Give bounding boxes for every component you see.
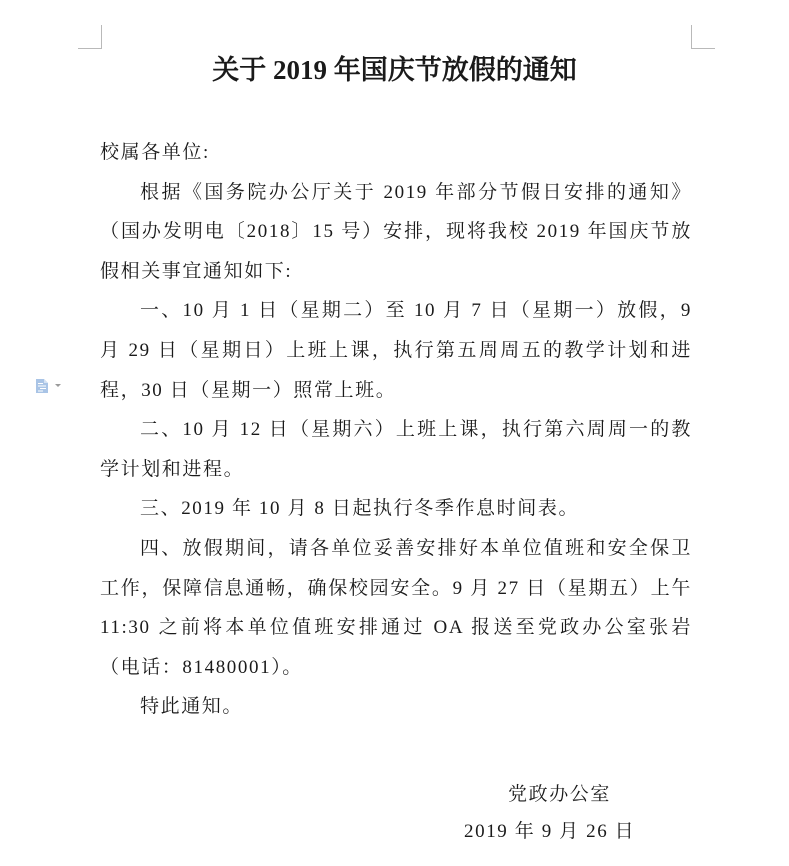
paragraph-item-2: 二、10 月 12 日（星期六）上班上课，执行第六周周一的教学计划和进程。 bbox=[100, 410, 692, 489]
crop-mark-top-left bbox=[78, 25, 102, 49]
signature-date: 2019 年 9 月 26 日 bbox=[464, 817, 635, 847]
paragraph-item-1: 一、10 月 1 日（星期二）至 10 月 7 日（星期一）放假，9 月 29 … bbox=[100, 291, 692, 410]
paragraph-item-3: 三、2019 年 10 月 8 日起执行冬季作息时间表。 bbox=[100, 489, 692, 529]
document-icon[interactable] bbox=[36, 379, 48, 393]
document-title: 关于 2019 年国庆节放假的通知 bbox=[0, 50, 789, 90]
document-body: 校属各单位: 根据《国务院办公厅关于 2019 年部分节假日安排的通知》（国办发… bbox=[100, 133, 692, 727]
salutation: 校属各单位: bbox=[100, 133, 692, 173]
paragraph-item-4: 四、放假期间，请各单位妥善安排好本单位值班和安全保卫工作，保障信息通畅，确保校园… bbox=[100, 529, 692, 687]
paragraph-intro: 根据《国务院办公厅关于 2019 年部分节假日安排的通知》（国办发明电〔2018… bbox=[100, 173, 692, 292]
signature-organization: 党政办公室 bbox=[508, 780, 611, 810]
document-icon-graphic bbox=[36, 379, 48, 393]
paragraph-closing: 特此通知。 bbox=[100, 687, 692, 727]
crop-mark-top-right bbox=[691, 25, 715, 49]
chevron-down-icon[interactable] bbox=[55, 384, 61, 387]
